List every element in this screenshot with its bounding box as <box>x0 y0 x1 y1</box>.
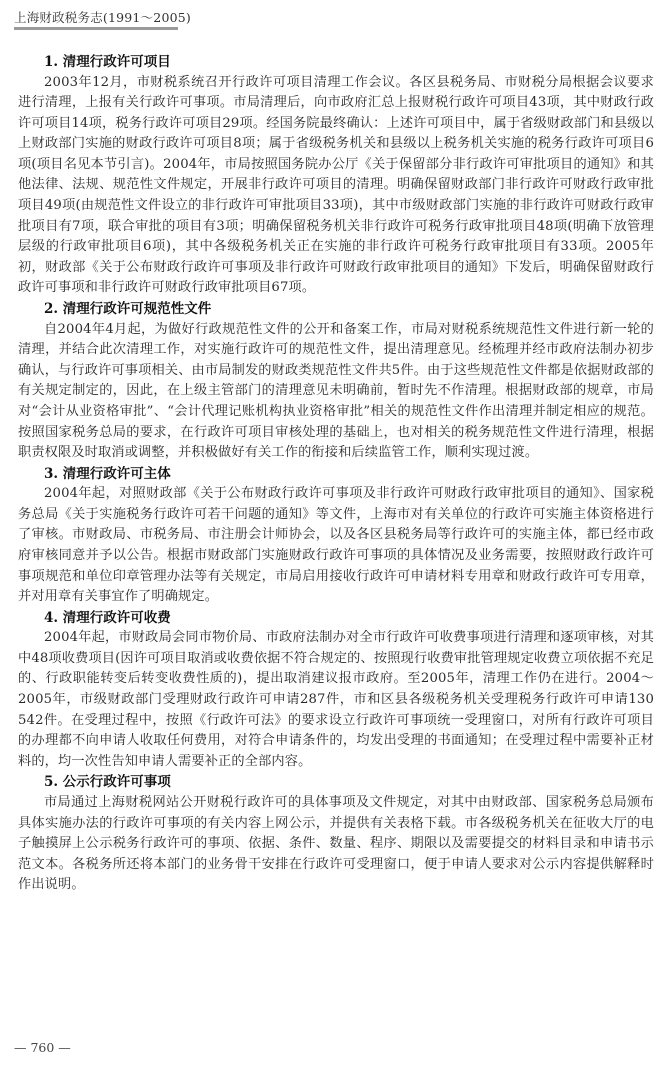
section-2-paragraph: 自2004年4月起，为做好行政规范性文件的公开和备案工作，市局对财税系统规范性文… <box>18 320 654 464</box>
section-heading-4: 4. 清理行政许可收费 <box>18 608 654 629</box>
section-heading-3: 3. 清理行政许可主体 <box>18 464 654 485</box>
page-body: 1. 清理行政许可项目 2003年12月，市财税系统召开行政许可项目清理工作会议… <box>18 52 654 896</box>
section-heading-5: 5. 公示行政许可事项 <box>18 772 654 793</box>
section-1-paragraph: 2003年12月，市财税系统召开行政许可项目清理工作会议。各区县税务局、市财税分… <box>18 73 654 300</box>
section-3-paragraph: 2004年起，对照财政部《关于公布财政行政许可事项及非行政许可财政行政审批项目的… <box>18 484 654 608</box>
header-rule <box>14 27 178 30</box>
section-heading-1: 1. 清理行政许可项目 <box>18 52 654 73</box>
page-number: — 760 — <box>14 1040 71 1055</box>
running-header-title: 上海财政税务志(1991～2005) <box>14 8 191 26</box>
section-5-paragraph: 市局通过上海财税网站公开财税行政许可的具体事项及文件规定，对其中由财政部、国家税… <box>18 793 654 896</box>
section-heading-2: 2. 清理行政许可规范性文件 <box>18 299 654 320</box>
section-4-paragraph: 2004年起，市财政局会同市物价局、市政府法制办对全市行政许可收费事项进行清理和… <box>18 628 654 772</box>
